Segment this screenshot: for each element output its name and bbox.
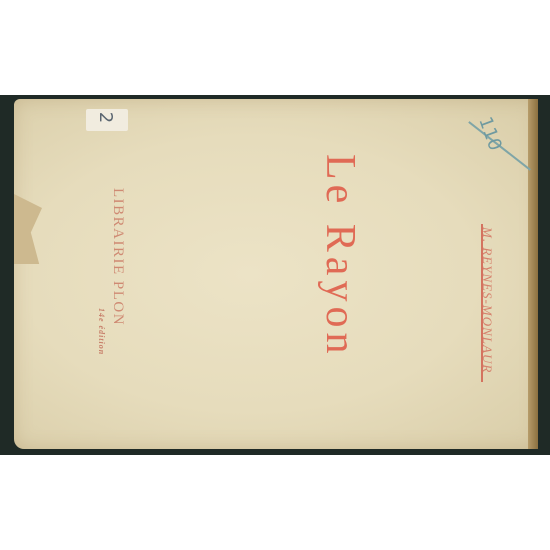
pencil-mark: 110: [474, 114, 505, 153]
edition: 14e édition: [97, 308, 106, 355]
book-photo: 2 LIBRAIRIE PLON 14e édition Le Rayon M.…: [0, 95, 550, 455]
author: M. REYNES-MONLAUR: [479, 227, 495, 373]
library-sticker: 2: [86, 109, 128, 131]
book-title: Le Rayon: [316, 154, 364, 358]
sticker-number: 2: [95, 112, 116, 123]
torn-edge: [14, 194, 42, 264]
book-cover: 2 LIBRAIRIE PLON 14e édition Le Rayon M.…: [14, 99, 538, 449]
publisher: LIBRAIRIE PLON: [109, 188, 126, 326]
spine-edge: [528, 99, 538, 449]
